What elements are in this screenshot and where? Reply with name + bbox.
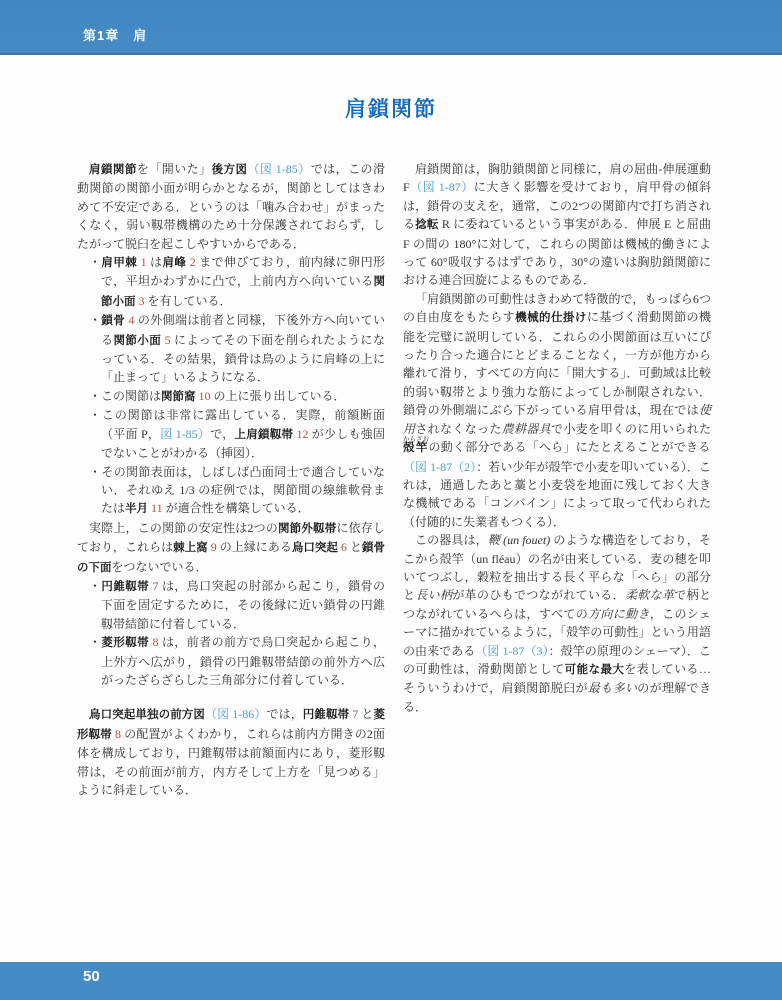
text-block: ・肩甲棘 1 は肩峰 2 まで伸びており，前内縁に卵円形で，平坦かわずかに凸で，… [77, 253, 385, 311]
page-title: 肩鎖関節 [0, 93, 782, 123]
text-block: 実際上，この関節の安定性は2つの関節外靱帯に依存しており，これらは棘上窩 9 の… [77, 519, 385, 577]
text-block: この器具は，鞭 (un fouet) のような構造をしており，そこから殻竿（un… [403, 531, 711, 716]
text-column-left: 肩鎖関節を「開いた」後方図（図 1-85）では，この滑動関節の関節小面が明らかと… [77, 160, 385, 799]
text-block: 肩鎖関節は，胸肋鎖関節と同様に，肩の屈曲-伸展運動 F（図 1-87）に大きく影… [403, 160, 711, 290]
page-number: 50 [83, 968, 100, 985]
text-block: 烏口突起単独の前方図（図 1-86）では，円錐靱帯 7 と菱形靱帯 8 の配置が… [77, 705, 385, 799]
book-page: 第1章 肩 肩鎖関節 肩鎖関節を「開いた」後方図（図 1-85）では，この滑動関… [0, 0, 782, 1000]
text-block: ・その関節表面は，しばしば凸面同士で適合していない．それゆえ 1/3 の症例では… [77, 463, 385, 519]
text-block: ・この関節は非常に露出している．実際，前額断面（平面 P，図 1-85）で，上肩… [77, 406, 385, 462]
text-block: ・菱形靱帯 8 は，前者の前方で烏口突起から起こり，上外方へ広がり，鎖骨の円錐靱… [77, 633, 385, 689]
ruby-term: 殻竿からざお [403, 442, 428, 454]
text-block: ・円錐靱帯 7 は，烏口突起の肘部から起こり，鎖骨の下面を固定するために，その後… [77, 577, 385, 633]
text-column-right: 肩鎖関節は，胸肋鎖関節と同様に，肩の屈曲-伸展運動 F（図 1-87）に大きく影… [403, 160, 711, 799]
text-block: ・鎖骨 4 の外側端は前者と同様，下後外方へ向いている関節小面 5 によってその… [77, 311, 385, 387]
text-columns: 肩鎖関節を「開いた」後方図（図 1-85）では，この滑動関節の関節小面が明らかと… [77, 160, 711, 799]
chapter-label: 第1章 肩 [83, 25, 147, 44]
text-block: ・この関節は関節窩 10 の上に張り出している． [77, 387, 385, 406]
text-block: 肩鎖関節を「開いた」後方図（図 1-85）では，この滑動関節の関節小面が明らかと… [77, 160, 385, 253]
header-bar: 第1章 肩 [0, 0, 782, 55]
text-block: 「肩鎖関節の可動性はきわめて特徴的で，もっぱら6つの自由度をもたらす機械的仕掛け… [403, 290, 711, 531]
footer-bar: 50 [0, 962, 782, 1000]
